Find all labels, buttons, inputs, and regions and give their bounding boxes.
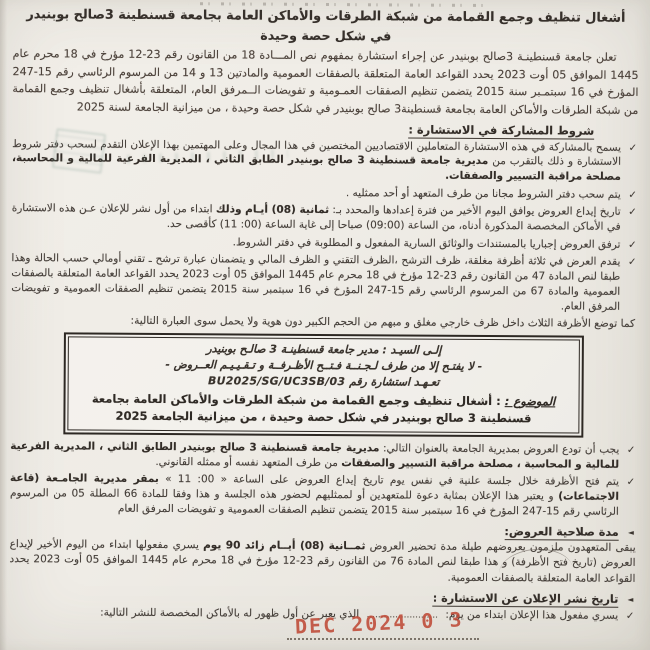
publication-heading-text: تاريخ نشر الإعلان عن الاستشارة : (433, 591, 619, 607)
bullet-text: ترفق العروض إجباريا بالمستندات والوثائق … (233, 236, 621, 250)
checkmark-icon: ✓ (628, 238, 636, 252)
bullet-text: يتم سحب دفتر الشروط مجانا من طرف المتعهد… (346, 187, 621, 201)
checkmark-icon: ✓ (628, 256, 636, 270)
arrow-bullet-icon: ◄ (628, 595, 634, 604)
checkmark-icon: ✓ (628, 189, 636, 203)
doc-title-line2: في شكل حصة وحيدة (13, 25, 639, 47)
box-subject-line: الموضوع : : أشغال تنظيف وجمع القمامة من … (76, 390, 570, 428)
box-reference-number: BU2025/SG/UC3SB/03 (208, 375, 345, 389)
envelope-inscription-box: إلـى السيـد : مدير جامعة قسنطينـة 3 صالـ… (63, 332, 584, 438)
box-reference-label: تعـهـد استشارة رقم (349, 375, 439, 389)
envelope-note: كما توضع الأظرفة الثلاث داخل ظرف خارجي م… (13, 314, 635, 330)
checkmark-icon: ✓ (628, 206, 636, 220)
publication-heading: ◄ تاريخ نشر الإعلان عن الاستشارة : (9, 589, 635, 606)
checkmark-icon: ✓ (626, 610, 634, 624)
box-subject-text: : أشغال تنظيف وجمع القمامة من شبكة الطرق… (92, 391, 532, 425)
participation-heading-text: شروط المشاركة في الاستشارة : (408, 123, 594, 140)
checkmark-icon: ✓ (627, 476, 635, 490)
bullet-text: يجب أن تودع العروض بمديرية الجامعة بالعن… (10, 440, 619, 471)
doc-title-line1: أشغال تنظيف وجمع القمامة من شبكة الطرقات… (13, 5, 639, 28)
bullet-participation-5: ✓ يقدم العرض في ثلاثة أظرفة مغلقة، ظرف ا… (11, 251, 637, 314)
bullet-participation-1: ✓ يسمح بالمشاركة في هذه الاستشارة المتعا… (12, 137, 638, 186)
bullet-text: يقدم العرض في ثلاثة أظرفة مغلقة، ظرف الت… (11, 252, 620, 312)
publication-line-pre: يسري مفعول هذا الإعلان ابتداء من يوم: (445, 609, 618, 622)
intro-paragraph: تعلن جامعة قسنطينـة 3صالح بوبنيدر عن إجر… (12, 46, 638, 119)
box-reference-line: تعـهـد استشارة رقم BU2025/SG/UC3SB/03 (77, 373, 571, 392)
checkmark-icon: ✓ (629, 141, 637, 155)
faint-stamp-bleedthrough (52, 128, 107, 174)
checkmark-icon: ✓ (627, 444, 635, 458)
stamp-dotted-line (287, 638, 479, 640)
box-subject-label: الموضوع : (505, 394, 556, 408)
envelope-inscription-inner: إلـى السيـد : مدير جامعة قسنطينـة 3 صالـ… (67, 336, 580, 434)
validity-heading-text: مدة صلاحية العروض: (504, 525, 618, 541)
bullet-text: يتم فتح الأظرفة خلال جلسة علنية في نفس ي… (10, 473, 619, 519)
arrow-bullet-icon: ◄ (628, 528, 634, 537)
bullet-participation-3: ✓ تاريخ إيداع العروض يوافق اليوم الأخير … (12, 201, 638, 235)
bullet-deposit: ✓ يجب أن تودع العروض بمديرية الجامعة بال… (10, 439, 636, 473)
scanned-document-page: أشغال تنظيف وجمع القمامة من شبكة الطرقات… (0, 0, 650, 650)
validity-heading: ◄ مدة صلاحية العروض: (10, 522, 636, 539)
bullet-opening-session: ✓ يتم فتح الأظرفة خلال جلسة علنية في نفس… (10, 472, 636, 521)
bullet-participation-4: ✓ ترفق العروض إجباريا بالمستندات والوثائ… (11, 234, 637, 253)
bullet-participation-2: ✓ يتم سحب دفتر الشروط مجانا من طرف المتع… (12, 184, 638, 203)
bullet-text: تاريخ إيداع العروض يوافق اليوم الأخير من… (12, 202, 621, 233)
